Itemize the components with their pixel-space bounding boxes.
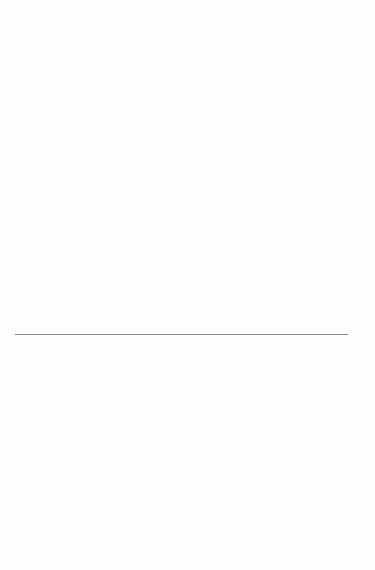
info-editor: [28, 404, 62, 411]
info-final-review: [207, 396, 240, 403]
divider-top: [15, 334, 348, 335]
info-sheets: [207, 441, 240, 448]
info-format: [28, 468, 62, 475]
copyright-page: [0, 0, 375, 570]
info-word-count: [28, 484, 62, 491]
info-address: [28, 356, 62, 363]
info-publisher: [28, 340, 62, 347]
info-printer: [28, 452, 62, 459]
info-art-design: [28, 420, 62, 427]
info-image-support: [207, 411, 240, 418]
info-proofreader: [207, 426, 240, 433]
info-email: [207, 381, 240, 388]
info-tech-editor: [28, 436, 62, 443]
info-postcode: [207, 352, 240, 359]
info-phone: [28, 372, 62, 379]
info-website: [28, 388, 62, 395]
info-inserts: [207, 456, 240, 463]
